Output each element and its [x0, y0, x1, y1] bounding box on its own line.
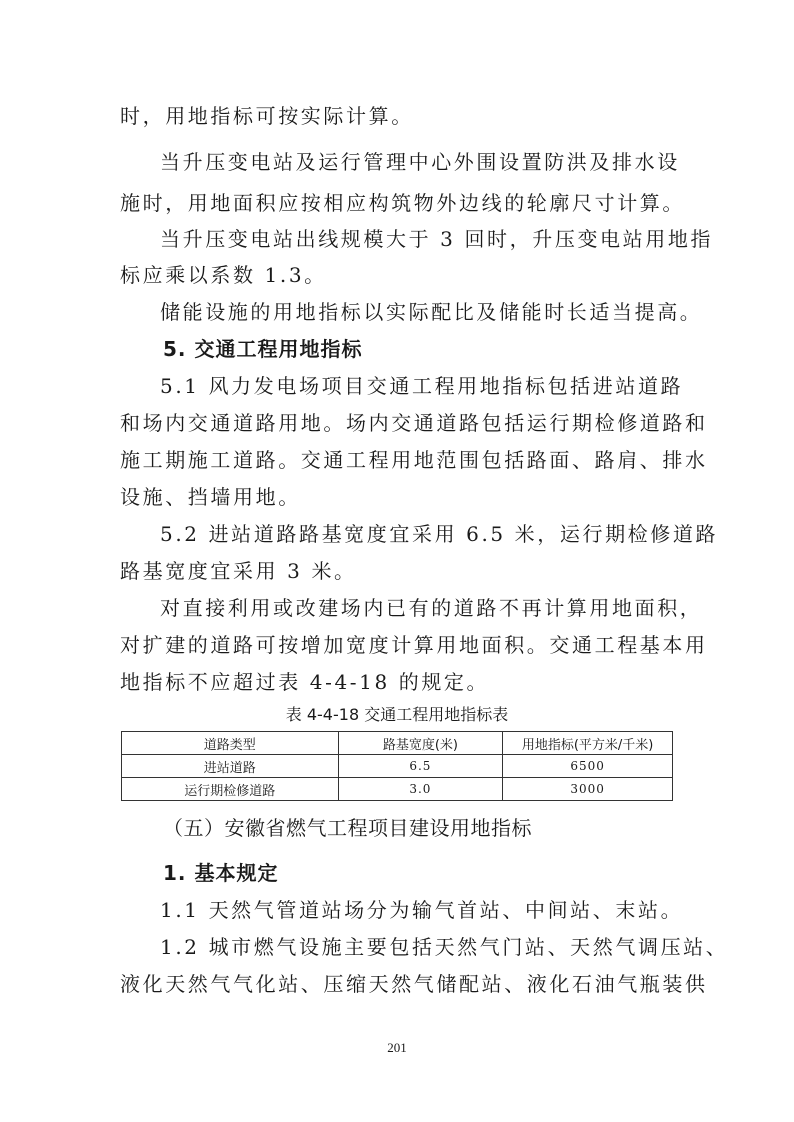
column-header-subgrade-width: 路基宽度(米): [338, 732, 503, 755]
table-caption: 表 4-4-18 交通工程用地指标表: [0, 704, 794, 726]
cell-subgrade-width: 3.0: [338, 778, 503, 801]
cell-road-type: 进站道路: [122, 755, 339, 778]
cell-road-type: 运行期检修道路: [122, 778, 339, 801]
paragraph-line: 对扩建的道路可按增加宽度计算用地面积。交通工程基本用: [120, 632, 708, 658]
traffic-land-index-table: 道路类型 路基宽度(米) 用地指标(平方米/千米) 进站道路 6.5 6500 …: [121, 731, 673, 801]
paragraph-line: 时，用地指标可按实际计算。: [120, 103, 414, 129]
paragraph-line: 液化天然气气化站、压缩天然气储配站、液化石油气瓶装供: [120, 971, 708, 997]
paragraph-line: 施工期施工道路。交通工程用地范围包括路面、路肩、排水: [120, 447, 708, 473]
table-header-row: 道路类型 路基宽度(米) 用地指标(平方米/千米): [122, 732, 673, 755]
paragraph-line: 设施、挡墙用地。: [120, 484, 301, 510]
table-row: 进站道路 6.5 6500: [122, 755, 673, 778]
column-header-land-index: 用地指标(平方米/千米): [503, 732, 673, 755]
part-heading-gas: （五）安徽省燃气工程项目建设用地指标: [163, 815, 532, 841]
cell-subgrade-width: 6.5: [338, 755, 503, 778]
paragraph-line: 地指标不应超过表 4-4-18 的规定。: [120, 669, 489, 695]
section-heading-traffic: 5. 交通工程用地指标: [163, 336, 362, 362]
paragraph-line: 路基宽度宜采用 3 米。: [120, 558, 357, 584]
paragraph-line: 5.1 风力发电场项目交通工程用地指标包括进站道路: [160, 373, 683, 399]
paragraph-line: 当升压变电站出线规模大于 3 回时，升压变电站用地指: [160, 226, 713, 252]
paragraph-line: 对直接利用或改建场内已有的道路不再计算用地面积，: [160, 595, 702, 621]
section-heading-basic: 1. 基本规定: [163, 860, 278, 886]
table-row: 运行期检修道路 3.0 3000: [122, 778, 673, 801]
cell-land-index: 3000: [503, 778, 673, 801]
cell-land-index: 6500: [503, 755, 673, 778]
paragraph-line: 5.2 进站道路路基宽度宜采用 6.5 米，运行期检修道路: [160, 521, 718, 547]
paragraph-line: 和场内交通道路用地。场内交通道路包括运行期检修道路和: [120, 410, 708, 436]
page-number: 201: [0, 1040, 794, 1056]
paragraph-line: 施时，用地面积应按相应构筑物外边线的轮廓尺寸计算。: [120, 190, 685, 216]
paragraph-line: 当升压变电站及运行管理中心外围设置防洪及排水设: [160, 149, 680, 175]
paragraph-line: 1.2 城市燃气设施主要包括天然气门站、天然气调压站、: [160, 934, 728, 960]
paragraph-line: 储能设施的用地指标以实际配比及储能时长适当提高。: [160, 299, 702, 325]
column-header-road-type: 道路类型: [122, 732, 339, 755]
paragraph-line: 标应乘以系数 1.3。: [120, 262, 327, 288]
paragraph-line: 1.1 天然气管道站场分为输气首站、中间站、末站。: [160, 897, 683, 923]
